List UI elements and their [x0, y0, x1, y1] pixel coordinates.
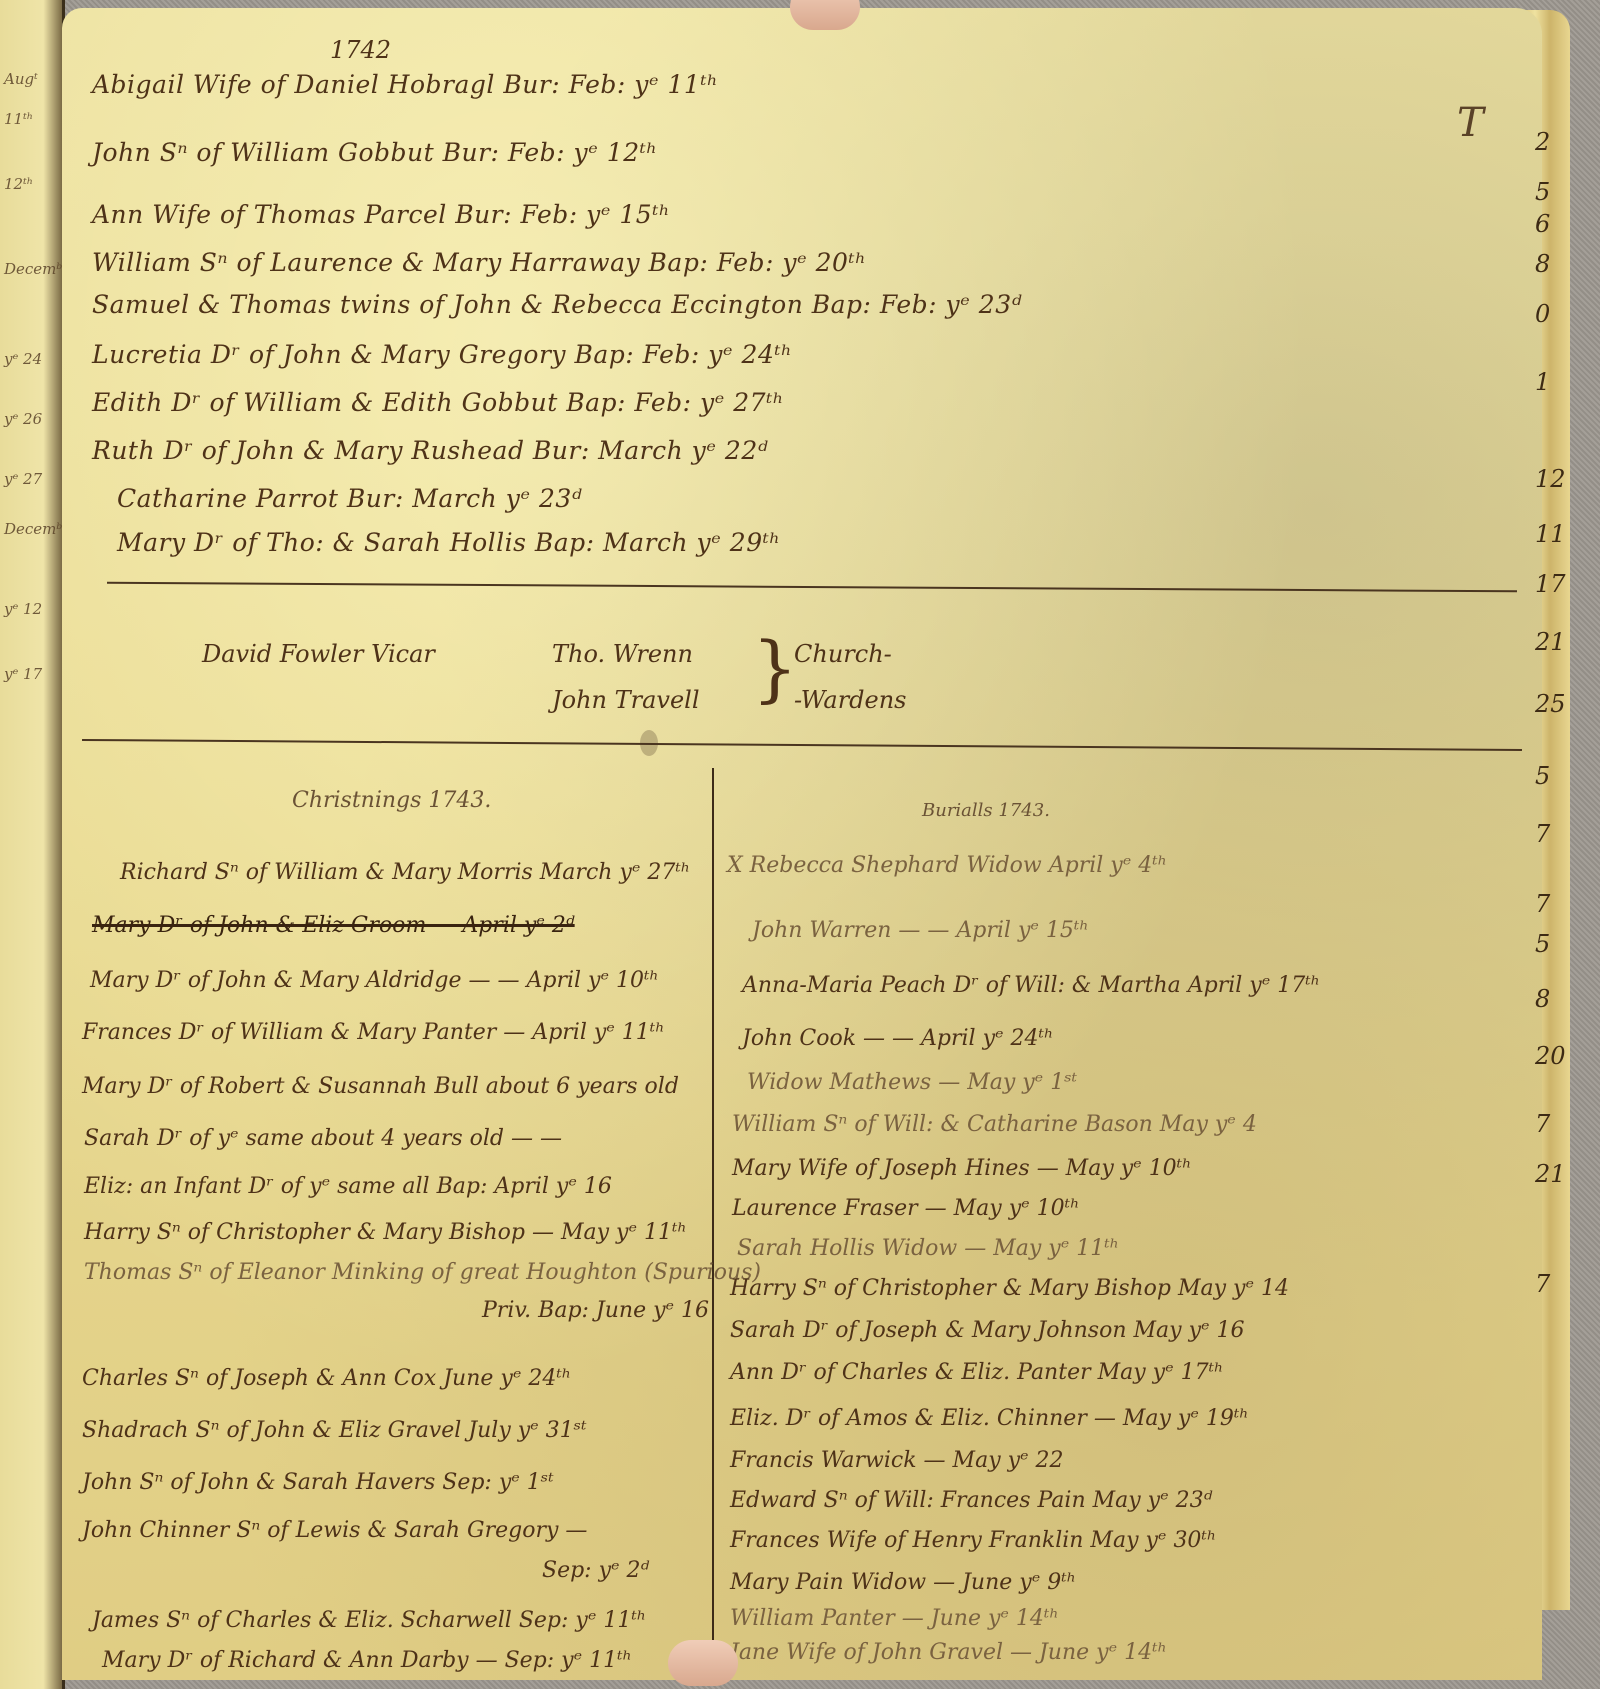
margin-number: 7 [1535, 1270, 1550, 1298]
christening-entry: Frances Dʳ of William & Mary Panter — Ap… [82, 1020, 665, 1045]
top-entry: Ann Wife of Thomas Parcel Bur: Feb: yᵉ 1… [92, 200, 670, 229]
page-mark: T [1457, 100, 1484, 146]
margin-number: 5 [1535, 930, 1550, 958]
burial-entry: Ann Dʳ of Charles & Eliz. Panter May yᵉ … [730, 1360, 1224, 1385]
christening-entry: Eliz: an Infant Dʳ of yᵉ same all Bap: A… [84, 1174, 612, 1199]
brace-symbol: } [752, 632, 798, 704]
top-entry: Catharine Parrot Bur: March yᵉ 23ᵈ [117, 484, 582, 513]
left-fragment: yᵉ 12 [4, 600, 42, 618]
burial-entry: Anna-Maria Peach Dʳ of Will: & Martha Ap… [742, 973, 1320, 998]
christening-entry: John Chinner Sⁿ of Lewis & Sarah Gregory… [82, 1518, 587, 1543]
left-fragment: yᵉ 17 [4, 665, 42, 683]
left-fragment: 12ᵗʰ [4, 175, 33, 193]
year-heading: 1742 [330, 36, 391, 64]
christening-entry: Sep: yᵉ 2ᵈ [542, 1558, 649, 1583]
left-fragment: yᵉ 27 [4, 470, 42, 488]
christening-entry: Richard Sⁿ of William & Mary Morris Marc… [120, 860, 690, 885]
top-entry: Mary Dʳ of Tho: & Sarah Hollis Bap: Marc… [117, 528, 781, 557]
burial-entry: Mary Wife of Joseph Hines — May yᵉ 10ᵗʰ [732, 1156, 1192, 1181]
margin-number: 21 [1535, 1160, 1566, 1188]
christening-entry-struck: Mary Dʳ of John & Eliz Groom — April yᵉ … [92, 913, 575, 938]
margin-number: 7 [1535, 890, 1550, 918]
warden-signature: John Travell [552, 686, 700, 714]
christening-entry: Shadrach Sⁿ of John & Eliz Gravel July y… [82, 1418, 587, 1443]
margin-number: 7 [1535, 820, 1550, 848]
left-fragment: 11ᵗʰ [4, 110, 33, 128]
christening-entry: Priv. Bap: June yᵉ 16 [482, 1298, 709, 1323]
christenings-heading: Christnings 1743. [292, 788, 491, 813]
top-entry: Abigail Wife of Daniel Hobragl Bur: Feb:… [92, 70, 718, 99]
burial-entry: Edward Sⁿ of Will: Frances Pain May yᵉ 2… [730, 1488, 1212, 1513]
margin-number: 6 [1535, 210, 1550, 238]
vicar-signature: David Fowler Vicar [202, 640, 435, 668]
wardens-label: Church- [794, 640, 892, 668]
christening-entry: Sarah Dʳ of yᵉ same about 4 years old — … [84, 1126, 562, 1151]
margin-number: 8 [1535, 985, 1550, 1013]
christening-entry: Charles Sⁿ of Joseph & Ann Cox June yᵉ 2… [82, 1366, 571, 1391]
margin-number: 7 [1535, 1110, 1550, 1138]
margin-number: 20 [1535, 1042, 1566, 1070]
wardens-label: -Wardens [794, 686, 907, 714]
burial-entry: Jane Wife of John Gravel — June yᵉ 14ᵗʰ [730, 1640, 1167, 1665]
burial-entry: Frances Wife of Henry Franklin May yᵉ 30… [730, 1528, 1216, 1553]
divider-line [107, 582, 1517, 593]
margin-number: 25 [1535, 690, 1566, 718]
top-entry: Ruth Dʳ of John & Mary Rushead Bur: Marc… [92, 436, 768, 465]
burials-heading: Burialls 1743. [922, 800, 1050, 821]
divider-line [82, 739, 1522, 751]
burial-entry: John Cook — — April yᵉ 24ᵗʰ [742, 1026, 1053, 1051]
column-divider [712, 768, 714, 1668]
burial-entry: Francis Warwick — May yᵉ 22 [730, 1448, 1064, 1473]
christening-entry: Mary Dʳ of John & Mary Aldridge — — Apri… [90, 968, 659, 993]
warden-signature: Tho. Wrenn [552, 640, 693, 668]
top-entry: Lucretia Dʳ of John & Mary Gregory Bap: … [92, 340, 792, 369]
christening-entry: John Sⁿ of John & Sarah Havers Sep: yᵉ 1… [82, 1470, 554, 1495]
top-entry: William Sⁿ of Laurence & Mary Harraway B… [92, 248, 866, 277]
burial-entry: Laurence Fraser — May yᵉ 10ᵗʰ [732, 1196, 1080, 1221]
burial-entry: John Warren — — April yᵉ 15ᵗʰ [752, 918, 1089, 943]
margin-number: 8 [1535, 250, 1550, 278]
top-entry: John Sⁿ of William Gobbut Bur: Feb: yᵉ 1… [92, 138, 658, 167]
left-fragment: yᵉ 26 [4, 410, 42, 428]
burial-entry: Harry Sⁿ of Christopher & Mary Bishop Ma… [730, 1276, 1289, 1301]
burial-entry: Sarah Hollis Widow — May yᵉ 11ᵗʰ [737, 1236, 1119, 1261]
thumb-top [790, 0, 860, 30]
margin-number: 5 [1535, 762, 1550, 790]
burial-entry: Widow Mathews — May yᵉ 1ˢᵗ [747, 1070, 1077, 1095]
christening-entry: Harry Sⁿ of Christopher & Mary Bishop — … [84, 1220, 687, 1245]
burial-entry: X Rebecca Shephard Widow April yᵉ 4ᵗʰ [727, 853, 1167, 878]
left-fragment: Augᵗ [4, 70, 38, 88]
thumb-bottom [668, 1640, 738, 1686]
margin-number: 21 [1535, 628, 1566, 656]
register-page: 1742 T Abigail Wife of Daniel Hobragl Bu… [62, 8, 1542, 1680]
christening-entry: Thomas Sⁿ of Eleanor Minking of great Ho… [84, 1260, 761, 1285]
left-fragment: yᵉ 24 [4, 350, 42, 368]
christening-entry: James Sⁿ of Charles & Eliz. Scharwell Se… [92, 1608, 646, 1633]
left-page-edge: Augᵗ 11ᵗʰ 12ᵗʰ Decemᵇ 19 yᵉ 24 yᵉ 26 yᵉ … [0, 0, 65, 1689]
margin-number: 5 [1535, 178, 1550, 206]
christening-entry: Mary Dʳ of Robert & Susannah Bull about … [82, 1074, 679, 1099]
margin-number: 17 [1535, 570, 1566, 598]
margin-number: 1 [1535, 368, 1550, 396]
top-entry: Samuel & Thomas twins of John & Rebecca … [92, 290, 1022, 319]
burial-entry: William Sⁿ of Will: & Catharine Bason Ma… [732, 1112, 1257, 1137]
margin-number: 2 [1535, 128, 1550, 156]
burial-entry: Sarah Dʳ of Joseph & Mary Johnson May yᵉ… [730, 1318, 1245, 1343]
burial-entry: Eliz. Dʳ of Amos & Eliz. Chinner — May y… [730, 1406, 1249, 1431]
top-entry: Edith Dʳ of William & Edith Gobbut Bap: … [92, 388, 784, 417]
burial-entry: Mary Pain Widow — June yᵉ 9ᵗʰ [730, 1570, 1076, 1595]
margin-number: 0 [1535, 300, 1550, 328]
margin-number: 12 [1535, 465, 1566, 493]
margin-number: 11 [1535, 520, 1566, 548]
christening-entry: Mary Dʳ of Richard & Ann Darby — Sep: yᵉ… [102, 1648, 632, 1673]
burial-entry: William Panter — June yᵉ 14ᵗʰ [730, 1606, 1059, 1631]
